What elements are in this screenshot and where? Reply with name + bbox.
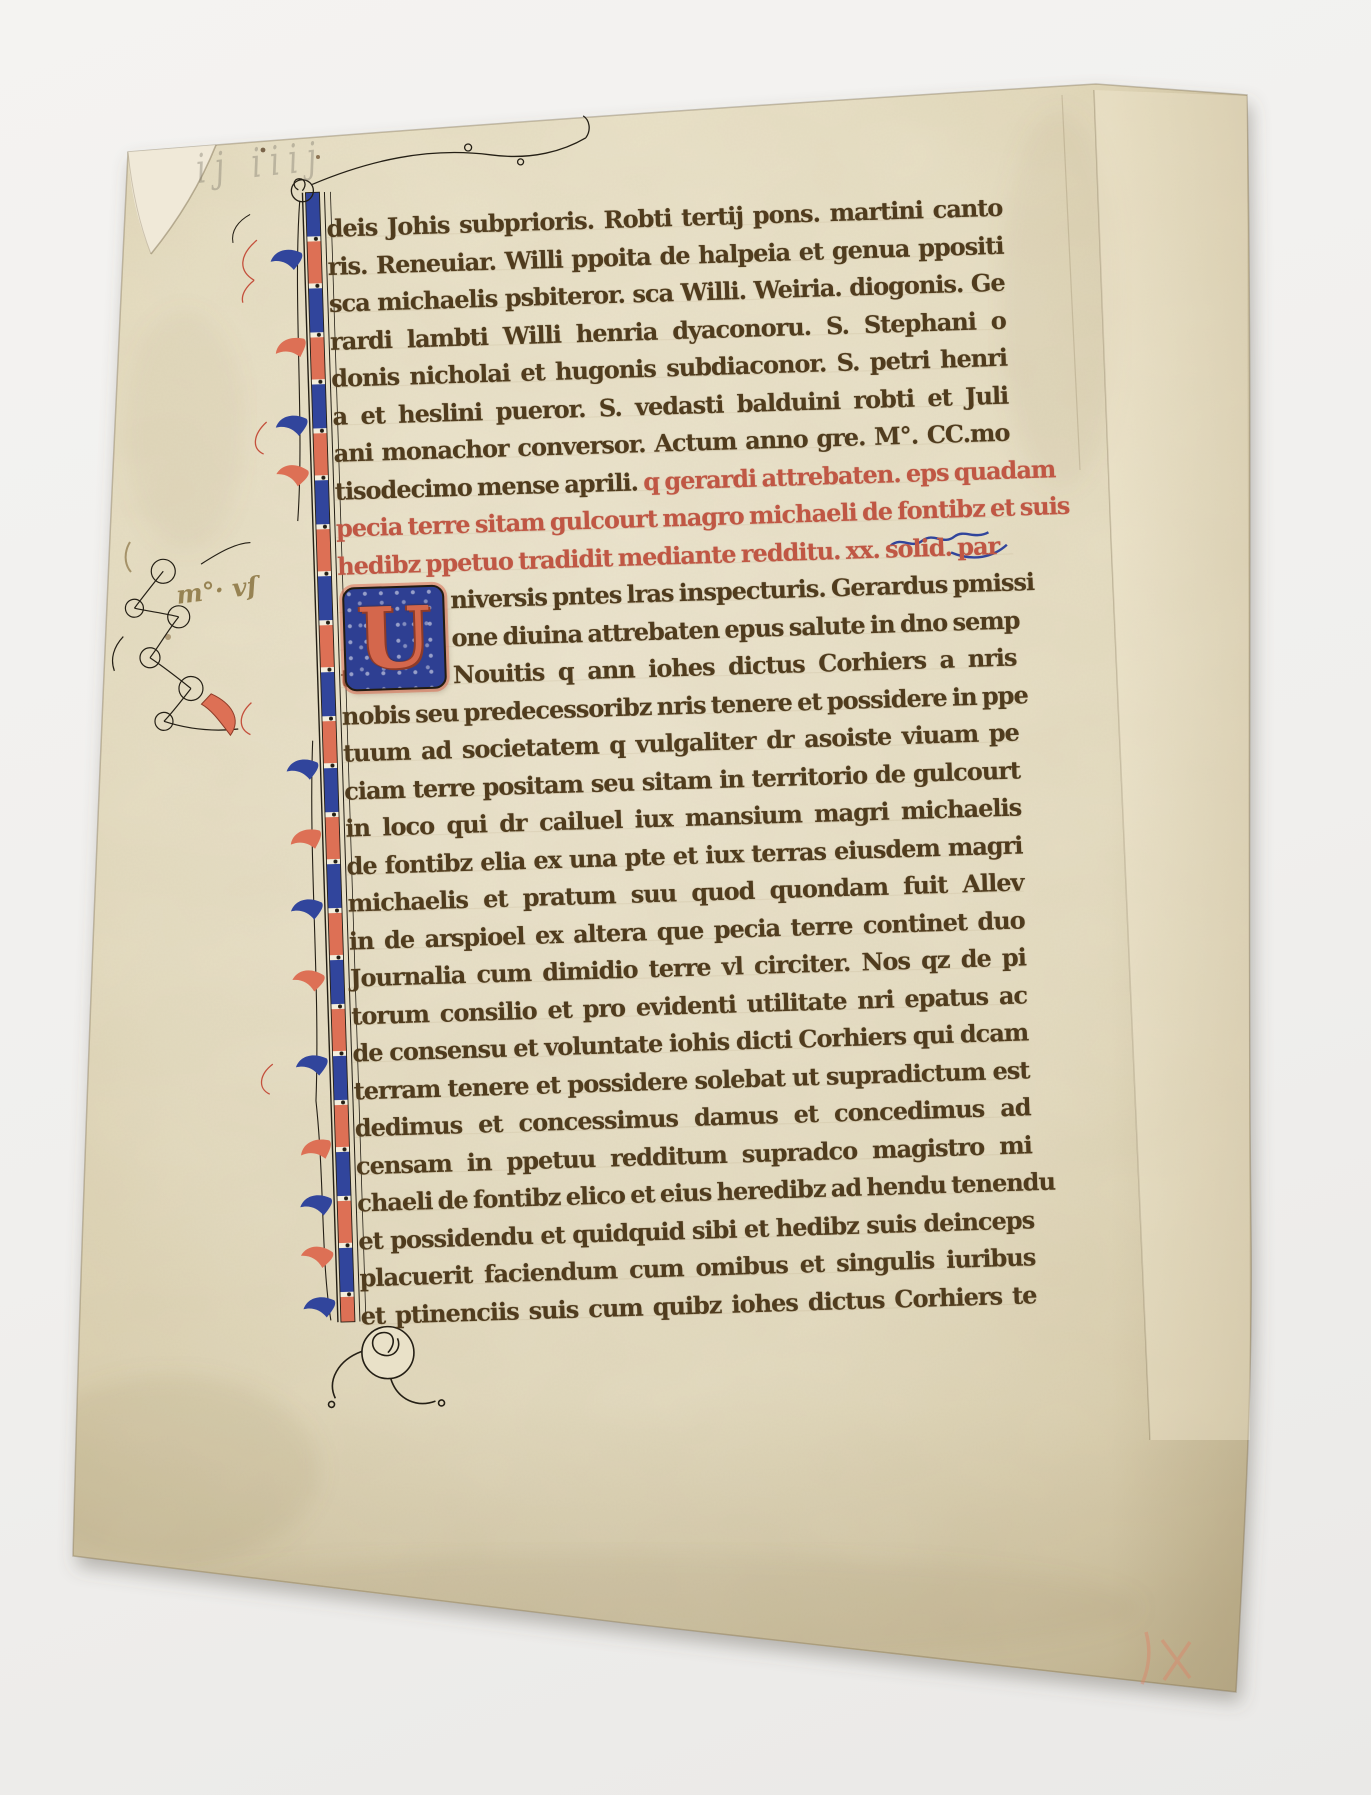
photo-stage: ij iiij m°· vſ U deis Johis subprioris. … [0, 0, 1371, 1795]
text-block: U deis Johis subprioris. Robti tertij po… [326, 189, 1037, 1350]
body-text: tisodecimo mense aprili. [334, 467, 643, 506]
illuminated-initial: U [342, 584, 447, 691]
initial-letter: U [357, 595, 433, 681]
